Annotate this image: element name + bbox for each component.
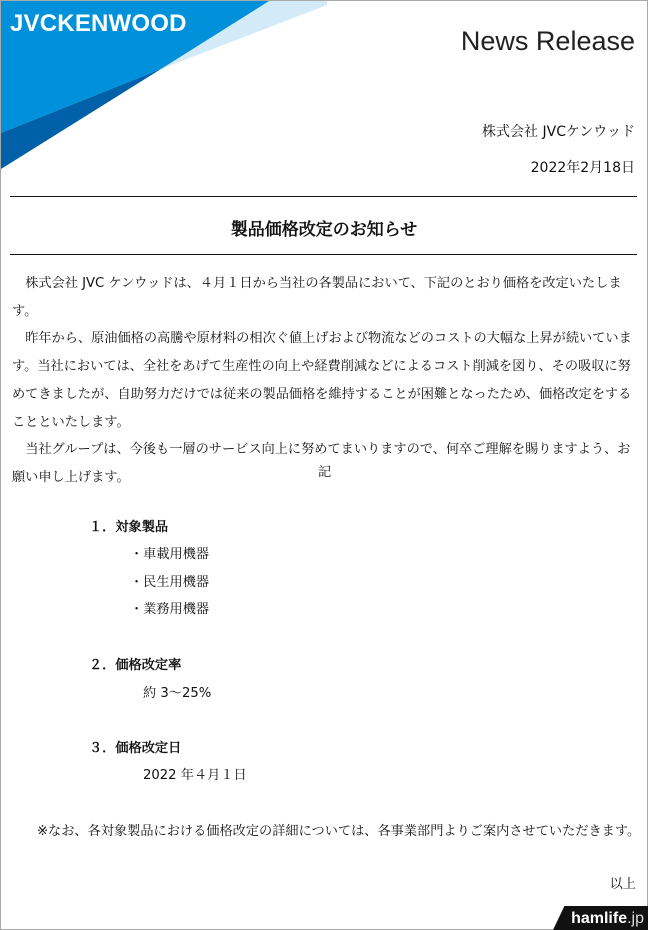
section-heading-rate: ２．価格改定率: [89, 654, 181, 673]
closing-mark: 以上: [610, 873, 636, 892]
list-item: ・業務用機器: [130, 598, 209, 617]
watermark-name: hamlife: [571, 910, 627, 927]
effective-date: 2022 年４月１日: [143, 764, 247, 783]
page-title: 製品価格改定のお知らせ: [0, 215, 648, 240]
title-top-rule: [10, 196, 637, 197]
doc-type-heading: News Release: [461, 26, 635, 57]
company-logo: JVCKENWOOD: [10, 10, 187, 38]
release-date: 2022年2月18日: [531, 157, 635, 177]
ki-marker: 記: [318, 461, 331, 480]
body-paragraph: 株式会社 JVC ケンウッドは、４月１日から当社の各製品において、下記のとおり価…: [12, 270, 636, 325]
section-heading-products: １．対象製品: [89, 516, 168, 535]
site-watermark: hamlife.jp: [553, 906, 648, 930]
watermark-tld: .jp: [627, 910, 644, 927]
body-text: 株式会社 JVC ケンウッドは、４月１日から当社の各製品において、下記のとおり価…: [12, 270, 636, 492]
list-item: ・車載用機器: [130, 543, 209, 562]
section-heading-date: ３．価格改定日: [89, 737, 181, 756]
list-item: ・民生用機器: [130, 571, 209, 590]
company-name: 株式会社 JVCケンウッド: [482, 121, 635, 141]
footnote: ※なお、各対象製品における価格改定の詳細については、各事業部門よりご案内させてい…: [37, 820, 640, 839]
watermark-text: hamlife.jp: [571, 910, 644, 928]
title-bottom-rule: [10, 254, 637, 255]
price-change-rate: 約 3～25%: [143, 682, 211, 701]
body-paragraph: 昨年から、原油価格の高騰や原材料の相次ぐ値上げおよび物流などのコストの大幅な上昇…: [12, 325, 636, 436]
